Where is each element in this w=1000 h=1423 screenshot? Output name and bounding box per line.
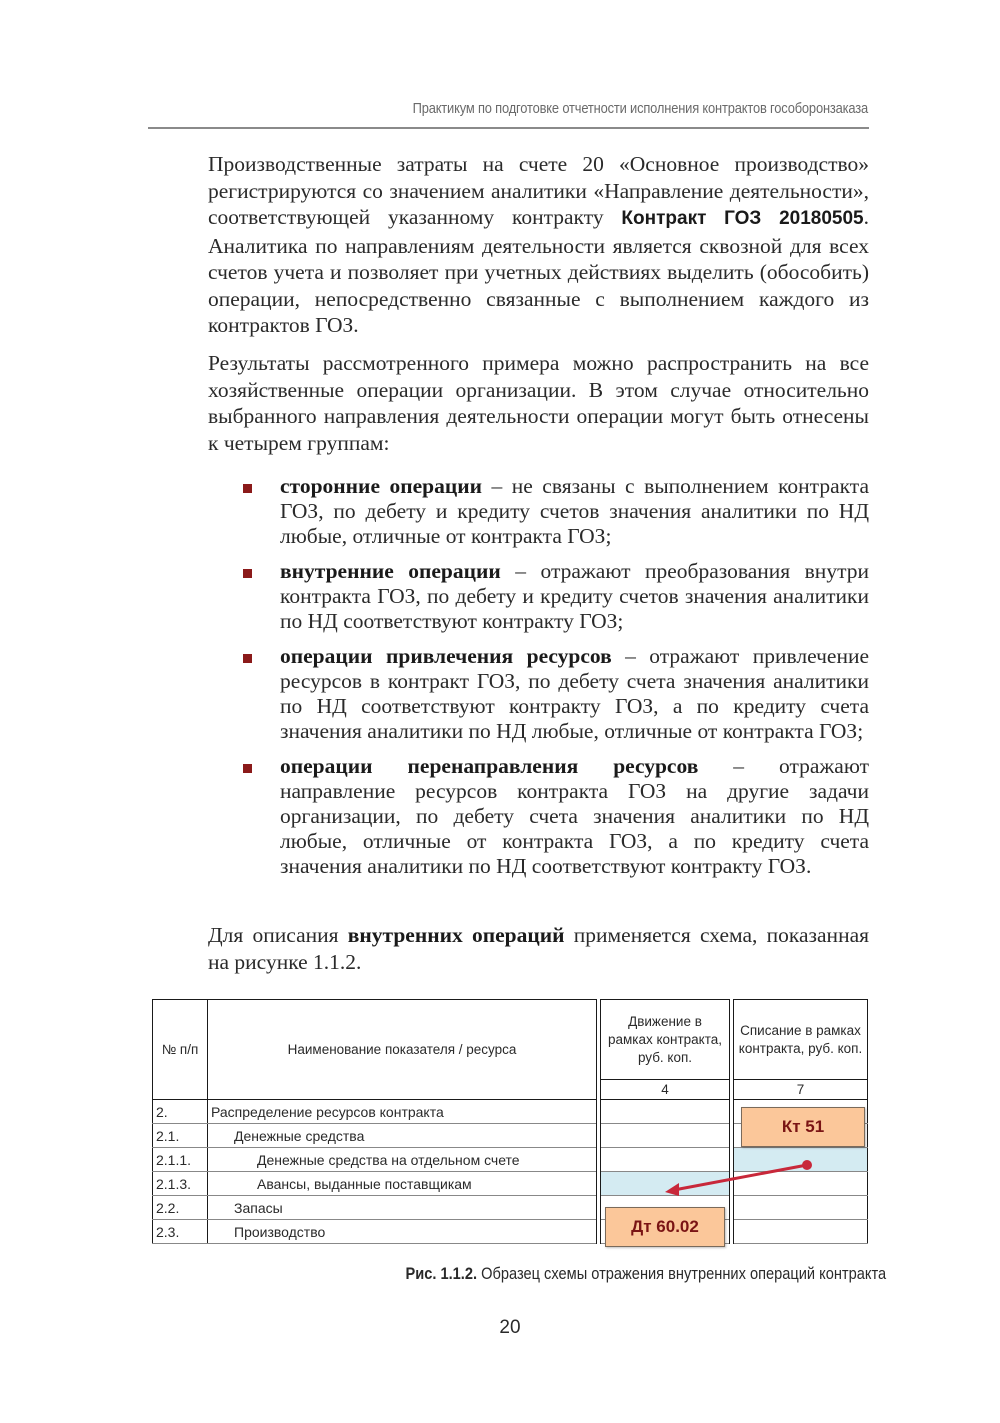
row-name: Денежные средства (208, 1124, 597, 1148)
row-num: 2. (153, 1100, 208, 1124)
row-name: Распределение ресурсов контракта (208, 1100, 597, 1124)
row-col4 (601, 1148, 730, 1172)
row-col7 (734, 1172, 868, 1196)
figure-caption: Рис. 1.1.2. Образец схемы отражения внут… (405, 1264, 869, 1284)
caption-text: Образец схемы отражения внутренних опера… (477, 1264, 886, 1283)
list-item-term: операции привлечения ресурсов (280, 644, 612, 668)
row-name: Денежные средства на отдельном счете (208, 1148, 597, 1172)
table-row: 2.3. Производство (153, 1220, 868, 1244)
contract-name: Контракт ГОЗ 20180505 (621, 208, 863, 229)
header-divider (148, 127, 869, 129)
square-bullet-icon (243, 484, 252, 493)
square-bullet-icon (243, 654, 252, 663)
row-col7 (734, 1220, 868, 1244)
paragraph-2: Результаты рассмотренного примера можно … (208, 350, 869, 456)
emphasis: внутренних операций (348, 923, 565, 947)
row-num: 2.3. (153, 1220, 208, 1244)
debit-account-tag: Дт 60.02 (605, 1207, 725, 1247)
list-item: операции перенаправления ресурсов – отра… (240, 754, 869, 879)
row-col7-highlight (734, 1148, 868, 1172)
square-bullet-icon (243, 569, 252, 578)
running-header: Практикум по подготовке отчетности испол… (249, 100, 868, 117)
row-name: Авансы, выданные поставщикам (208, 1172, 597, 1196)
list-item-term: сторонние операции (280, 474, 482, 498)
row-num: 2.1. (153, 1124, 208, 1148)
row-col4 (601, 1100, 730, 1124)
row-name: Производство (208, 1220, 597, 1244)
row-col4-highlight (601, 1172, 730, 1196)
table-row: 2.1.1. Денежные средства на отдельном сч… (153, 1148, 868, 1172)
header-col7: Списание в рамках контракта, руб. коп. (734, 1000, 868, 1080)
row-num: 2.2. (153, 1196, 208, 1220)
row-col7 (734, 1196, 868, 1220)
row-num: 2.1.1. (153, 1148, 208, 1172)
table-row: 2.2. Запасы (153, 1196, 868, 1220)
list-item: сторонние операции – не связаны с выполн… (240, 474, 869, 549)
list-item: операции привлечения ресурсов – отражают… (240, 644, 869, 744)
square-bullet-icon (243, 764, 252, 773)
page-number: 20 (480, 1317, 540, 1339)
paragraph-3-text: Для описания (208, 923, 348, 947)
row-name: Запасы (208, 1196, 597, 1220)
caption-label: Рис. 1.1.2. (405, 1264, 477, 1283)
paragraph-3: Для описания внутренних операций применя… (208, 922, 869, 975)
operation-groups-list: сторонние операции – не связаны с выполн… (240, 474, 869, 889)
header-num: № п/п (153, 1000, 208, 1100)
header-col4: Движение в рамках контракта, руб. коп. (601, 1000, 730, 1080)
credit-account-tag: Кт 51 (741, 1107, 865, 1147)
list-item: внутренние операции – отражают преобразо… (240, 559, 869, 634)
paragraph-1: Производственные затраты на счете 20 «Ос… (208, 151, 869, 339)
row-col4 (601, 1124, 730, 1148)
table-row: 2.1.3. Авансы, выданные поставщикам (153, 1172, 868, 1196)
list-item-term: операции перенаправления ресурсов (280, 754, 698, 778)
header-col4-index: 4 (601, 1080, 730, 1100)
list-item-term: внутренние операции (280, 559, 501, 583)
row-num: 2.1.3. (153, 1172, 208, 1196)
header-col7-index: 7 (734, 1080, 868, 1100)
figure-internal-operations: № п/п Наименование показателя / ресурса … (152, 999, 869, 1253)
header-name: Наименование показателя / ресурса (208, 1000, 597, 1100)
